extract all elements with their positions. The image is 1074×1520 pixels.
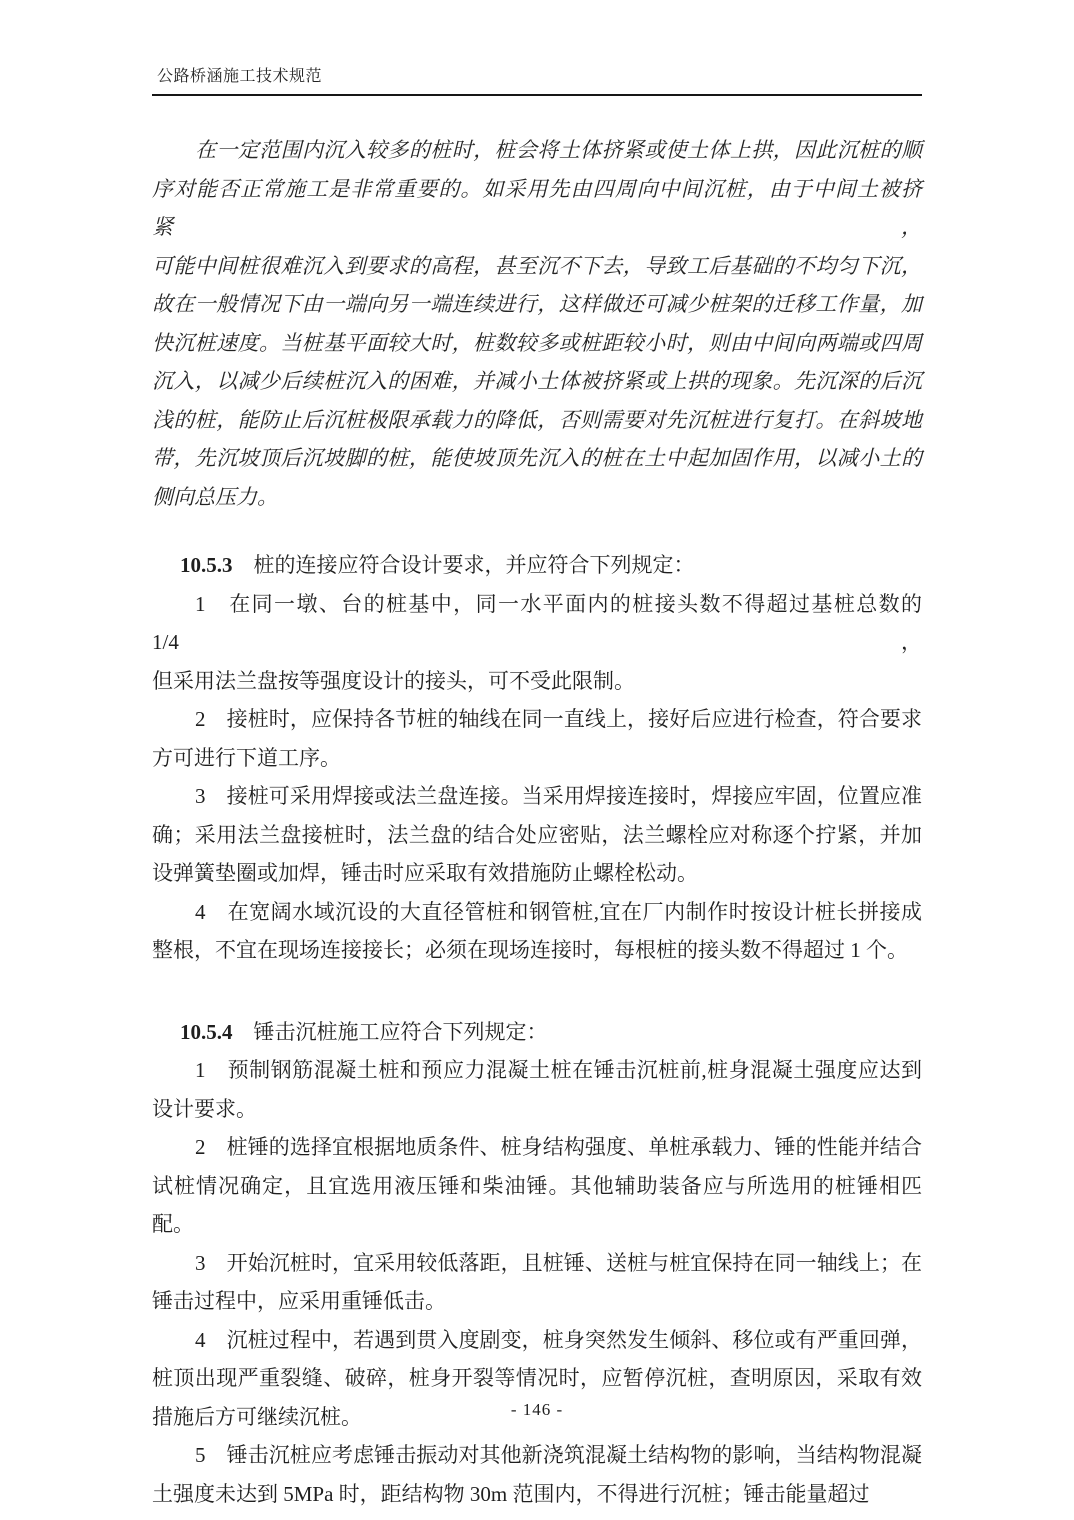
page-content: 公路桥涵施工技术规范 在一定范围内沉入较多的桩时，桩会将土体挤紧或使土体上拱，因… [0,0,1074,1513]
text-line: 2 接桩时，应保持各节桩的轴线在同一直线上，接好后应进行检查，符合要求 [152,700,922,739]
text-line: 2 桩锤的选择宜根据地质条件、桩身结构强度、单桩承载力、锤的性能并结合 [152,1128,922,1167]
section-title: 锤击沉桩施工应符合下列规定： [254,1020,548,1044]
text-line: 4 在宽阔水域沉设的大直径管桩和钢管桩,宜在厂内制作时按设计桩长拼接成 [152,893,922,932]
text-line: 1 在同一墩、台的桩基中，同一水平面内的桩接头数不得超过基桩总数的 1/4， [152,585,922,662]
clause-item: 1 在同一墩、台的桩基中，同一水平面内的桩接头数不得超过基桩总数的 1/4，但采… [152,585,922,701]
text-line: 序对能否正常施工是非常重要的。如采用先由四周向中间沉桩，由于中间土被挤紧， [152,170,922,247]
text-line: 锤击过程中，应采用重锤低击。 [152,1282,922,1321]
text-line: 3 接桩可采用焊接或法兰盘连接。当采用焊接连接时，焊接应牢固，位置应准 [152,777,922,816]
section-10-5-3: 10.5.3桩的连接应符合设计要求，并应符合下列规定： 1 在同一墩、台的桩基中… [152,546,922,970]
clause-item: 5 锤击沉桩应考虑锤击振动对其他新浇筑混凝土结构物的影响，当结构物混凝土强度未达… [152,1436,922,1513]
text-line: 侧向总压力。 [152,478,922,517]
section-number: 10.5.3 [180,553,233,577]
text-line: 桩顶出现严重裂缝、破碎，桩身开裂等情况时，应暂停沉桩，查明原因，采取有效 [152,1359,922,1398]
text-line: 整根，不宜在现场连接接长；必须在现场连接时，每根桩的接头数不得超过 1 个。 [152,931,922,970]
clause-item: 2 接桩时，应保持各节桩的轴线在同一直线上，接好后应进行检查，符合要求方可进行下… [152,700,922,777]
text-line: 带，先沉坡顶后沉坡脚的桩，能使坡顶先沉入的桩在土中起加固作用，以减小土的 [152,439,922,478]
text-line: 3 开始沉桩时，宜采用较低落距，且桩锤、送桩与桩宜保持在同一轴线上；在 [152,1244,922,1283]
clause-item: 3 接桩可采用焊接或法兰盘连接。当采用焊接连接时，焊接应牢固，位置应准确；采用法… [152,777,922,893]
running-header: 公路桥涵施工技术规范 [152,66,922,96]
text-line: 土强度未达到 5MPa 时，距结构物 30m 范围内，不得进行沉桩；锤击能量超过 [152,1475,922,1514]
text-line: 确；采用法兰盘接桩时，法兰盘的结合处应密贴，法兰螺栓应对称逐个拧紧，并加 [152,816,922,855]
text-line: 但采用法兰盘按等强度设计的接头，可不受此限制。 [152,662,922,701]
header-title: 公路桥涵施工技术规范 [152,66,922,88]
section-heading: 10.5.4锤击沉桩施工应符合下列规定： [152,1013,922,1052]
document-page: 公路桥涵施工技术规范 在一定范围内沉入较多的桩时，桩会将土体挤紧或使土体上拱，因… [0,0,1074,1520]
section-heading: 10.5.3桩的连接应符合设计要求，并应符合下列规定： [152,546,922,585]
section-10-5-4: 10.5.4锤击沉桩施工应符合下列规定： 1 预制钢筋混凝土桩和预应力混凝土桩在… [152,1013,922,1514]
clause-item: 4 在宽阔水域沉设的大直径管桩和钢管桩,宜在厂内制作时按设计桩长拼接成整根，不宜… [152,893,922,970]
section-title: 桩的连接应符合设计要求，并应符合下列规定： [254,553,695,577]
text-line: 4 沉桩过程中，若遇到贯入度剧变，桩身突然发生倾斜、移位或有严重回弹， [152,1321,922,1360]
text-line: 1 预制钢筋混凝土桩和预应力混凝土桩在锤击沉桩前,桩身混凝土强度应达到 [152,1051,922,1090]
text-line: 5 锤击沉桩应考虑锤击振动对其他新浇筑混凝土结构物的影响，当结构物混凝 [152,1436,922,1475]
text-line: 试桩情况确定，且宜选用液压锤和柴油锤。其他辅助装备应与所选用的桩锤相匹配。 [152,1167,922,1244]
text-line: 设弹簧垫圈或加焊，锤击时应采取有效措施防止螺栓松动。 [152,854,922,893]
clause-item: 1 预制钢筋混凝土桩和预应力混凝土桩在锤击沉桩前,桩身混凝土强度应达到设计要求。 [152,1051,922,1128]
text-line: 浅的桩，能防止后沉桩极限承载力的降低，否则需要对先沉桩进行复打。在斜坡地 [152,401,922,440]
text-line: 故在一般情况下由一端向另一端连续进行，这样做还可减少桩架的迁移工作量，加 [152,285,922,324]
text-line: 快沉桩速度。当桩基平面较大时，桩数较多或桩距较小时，则由中间向两端或四周 [152,324,922,363]
text-line: 在一定范围内沉入较多的桩时，桩会将土体挤紧或使土体上拱，因此沉桩的顺 [152,131,922,170]
page-number: - 146 - [0,1400,1074,1420]
section-number: 10.5.4 [180,1020,233,1044]
text-line: 可能中间桩很难沉入到要求的高程，甚至沉不下去，导致工后基础的不均匀下沉， [152,247,922,286]
clause-item: 2 桩锤的选择宜根据地质条件、桩身结构强度、单桩承载力、锤的性能并结合试桩情况确… [152,1128,922,1244]
text-line: 沉入，以减少后续桩沉入的困难，并减小土体被挤紧或上拱的现象。先沉深的后沉 [152,362,922,401]
clause-item: 3 开始沉桩时，宜采用较低落距，且桩锤、送桩与桩宜保持在同一轴线上；在锤击过程中… [152,1244,922,1321]
text-line: 设计要求。 [152,1090,922,1129]
commentary-paragraph: 在一定范围内沉入较多的桩时，桩会将土体挤紧或使土体上拱，因此沉桩的顺序对能否正常… [152,131,922,516]
text-line: 方可进行下道工序。 [152,739,922,778]
